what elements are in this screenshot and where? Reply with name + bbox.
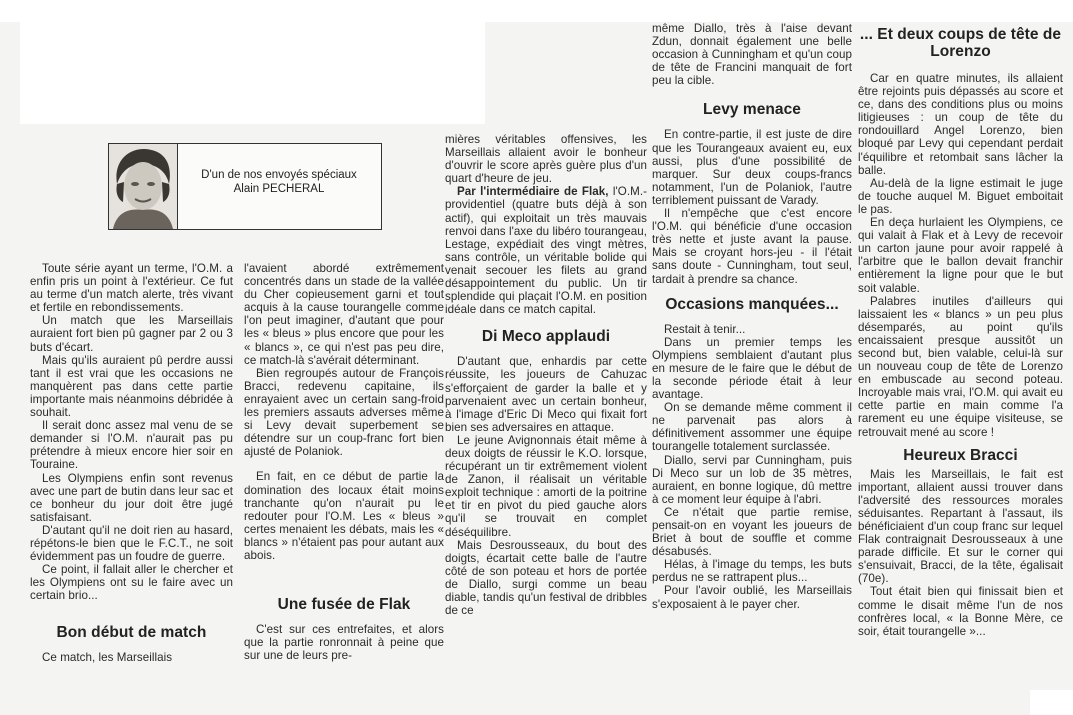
paragraph: Dans un premier temps les Olympiens semb… — [652, 336, 852, 401]
article-column-1: Toute série ayant un terme, l'O.M. a enf… — [30, 262, 233, 665]
paragraph: Bien regroupés autour de François Bracci… — [244, 367, 444, 459]
article-column-2: l'avaient abordé extrêmement concentrés … — [244, 262, 444, 662]
paragraph: En deça hurlaient les Olympiens, ce qui … — [858, 216, 1063, 295]
subheading: Levy menace — [652, 101, 852, 118]
paragraph: Car en quatre minutes, ils allaient être… — [858, 72, 1063, 177]
article-column-5: ... Et deux coups de tête de Lorenzo Car… — [858, 22, 1063, 638]
paragraph: Le jeune Avignonnais était même à deux d… — [445, 434, 647, 539]
paragraph: C'est sur ces entrefaites, et alors que … — [244, 623, 444, 662]
article-column-3: mières véritables offensives, les Marsei… — [445, 133, 647, 617]
paragraph: Ce match, les Marseillais — [30, 651, 233, 664]
subheading: Occasions manquées... — [652, 296, 852, 313]
subheading: ... Et deux coups de tête de Lorenzo — [858, 26, 1063, 60]
paragraph: Pour l'avoir oublié, les Marseillais s'e… — [652, 584, 852, 610]
paragraph: Il n'empêche que c'est encore l'O.M. qui… — [652, 207, 852, 286]
subheading: Une fusée de Flak — [244, 596, 444, 613]
paragraph: Par l'intermédiaire de Flak, l'O.M.-prov… — [445, 185, 647, 316]
paragraph: Un match que les Marseillais auraient fo… — [30, 314, 233, 353]
subheading: Di Meco applaudi — [445, 328, 647, 345]
blank-margin-top — [0, 0, 1073, 22]
paragraph: même Diallo, très à l'aise devant Zdun, … — [652, 22, 852, 87]
paragraph: En contre-partie, il est juste de dire q… — [652, 128, 852, 207]
byline-box: D'un de nos envoyés spéciaux Alain PECHE… — [108, 143, 382, 230]
byline-kicker: D'un de nos envoyés spéciaux — [179, 168, 379, 182]
paragraph: Il serait donc assez mal venu de se dema… — [30, 419, 233, 471]
paragraph: Au-delà de la ligne estimait le juge de … — [858, 177, 1063, 216]
paragraph: Ce n'était que partie remise, pensait-on… — [652, 506, 852, 558]
paragraph: On se demande même comment il ne parvena… — [652, 401, 852, 453]
paragraph: Tout était bien qui finissait bien et co… — [858, 585, 1063, 637]
paragraph: D'autant qu'il ne doit rien au hasard, r… — [30, 524, 233, 563]
paragraph: Diallo, servi par Cunningham, puis Di Me… — [652, 454, 852, 506]
paragraph: l'avaient abordé extrêmement concentrés … — [244, 262, 444, 367]
subheading: Heureux Bracci — [858, 447, 1063, 464]
byline-author: Alain PECHERAL — [179, 182, 379, 196]
paragraph: Ce point, il fallait aller le chercher e… — [30, 563, 233, 602]
paragraph: Toute série ayant un terme, l'O.M. a enf… — [30, 262, 233, 314]
blank-cutout — [20, 22, 485, 124]
paragraph: Mais qu'ils auraient pû perdre aussi tan… — [30, 354, 233, 419]
paragraph: Palabres inutiles d'ailleurs qui laissai… — [858, 295, 1063, 439]
paragraph: Restait à tenir... — [652, 323, 852, 336]
portrait-photo-icon — [109, 144, 178, 229]
paragraph: Mais Desrousseaux, du bout des doigts, é… — [445, 539, 647, 618]
lead-text: l'O.M.-providentiel (quatre buts déjà à … — [445, 185, 647, 316]
article-column-4: même Diallo, très à l'aise devant Zdun, … — [652, 22, 852, 611]
paragraph: Hélas, à l'image du temps, les buts perd… — [652, 558, 852, 584]
paragraph: Les Olympiens enfin sont revenus avec un… — [30, 472, 233, 524]
paragraph: En fait, en ce début de partie la domina… — [244, 470, 444, 562]
paragraph: mières véritables offensives, les Marsei… — [445, 133, 647, 185]
paragraph: D'autant que, enhardis par cette réussit… — [445, 355, 647, 434]
paragraph: Mais les Marseillais, le fait est import… — [858, 468, 1063, 586]
lead-in: Par l'intermédiaire de Flak, — [457, 185, 609, 198]
subheading: Bon début de match — [30, 624, 233, 641]
blank-margin-bottom-right — [1030, 690, 1073, 715]
